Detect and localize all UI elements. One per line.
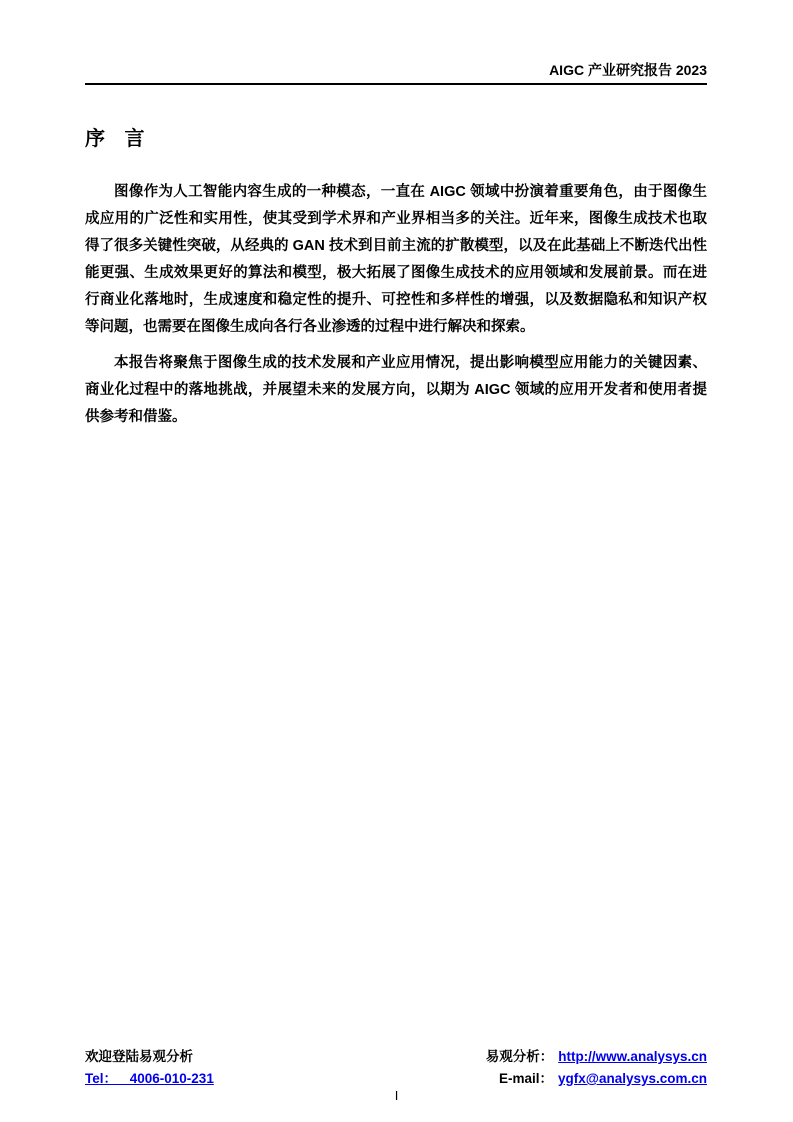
- footer-left-column: 欢迎登陆易观分析 Tel： 4006-010-231: [85, 1046, 214, 1090]
- page-header: AIGC 产业研究报告 2023: [85, 0, 707, 85]
- document-page: AIGC 产业研究报告 2023 序 言 图像作为人工智能内容生成的一种模态，一…: [0, 0, 793, 1122]
- email-label: E-mail：: [499, 1071, 553, 1086]
- footer-right-column: 易观分析：http://www.analysys.cn E-mail：ygfx@…: [486, 1046, 707, 1090]
- header-title: AIGC 产业研究报告 2023: [549, 62, 707, 78]
- page-content: AIGC 产业研究报告 2023 序 言 图像作为人工智能内容生成的一种模态，一…: [85, 0, 707, 431]
- website-label: 易观分析：: [486, 1049, 554, 1064]
- page-footer: 欢迎登陆易观分析 Tel： 4006-010-231 易观分析：http://w…: [85, 1046, 707, 1090]
- footer-welcome-text: 欢迎登陆易观分析: [85, 1046, 214, 1068]
- section-title: 序 言: [85, 125, 707, 153]
- website-link[interactable]: http://www.analysys.cn: [558, 1049, 707, 1064]
- website-row: 易观分析：http://www.analysys.cn: [486, 1046, 707, 1068]
- page-number: I: [0, 1088, 793, 1103]
- email-row: E-mail：ygfx@analysys.com.cn: [486, 1068, 707, 1090]
- email-link[interactable]: ygfx@analysys.com.cn: [558, 1071, 707, 1086]
- tel-link[interactable]: Tel： 4006-010-231: [85, 1071, 214, 1086]
- paragraph-2: 本报告将聚焦于图像生成的技术发展和产业应用情况，提出影响模型应用能力的关键因素、…: [85, 350, 707, 431]
- paragraph-1: 图像作为人工智能内容生成的一种模态，一直在 AIGC 领域中扮演着重要角色，由于…: [85, 179, 707, 341]
